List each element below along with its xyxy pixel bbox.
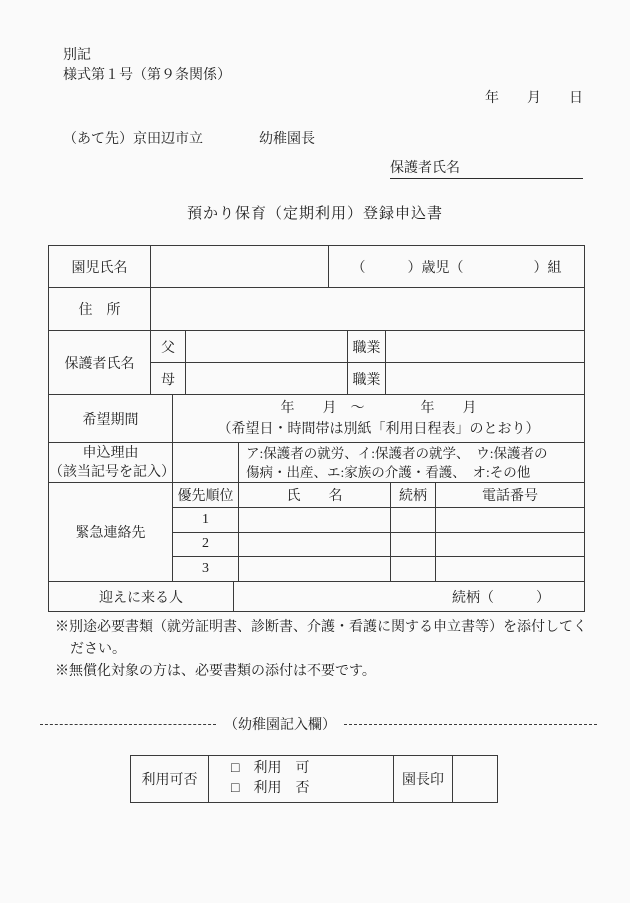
approval-label: 利用可否 — [131, 756, 209, 802]
period-row: 希望期間 年 月 ～ 年 月 （希望日・時間帯は別紙「利用日程表」のとおり） — [49, 395, 584, 443]
address-input-cell[interactable] — [151, 288, 584, 330]
period-line1: 年 月 ～ 年 月 — [281, 398, 477, 419]
contact-2-phone-input-cell[interactable] — [436, 533, 584, 557]
child-name-row: 園児氏名 （ ）歳児（ ）組 — [49, 246, 584, 288]
reason-label-line2: （該当記号を記入） — [49, 463, 172, 482]
emergency-contact-row-1: 1 — [173, 508, 584, 533]
contact-1-name-input-cell[interactable] — [239, 508, 391, 532]
reason-options-cell: ア:保護者の就労、イ:保護者の就学、 ウ:保護者の 傷病・出産、エ:家族の介護・… — [239, 443, 584, 482]
mother-occupation-label: 職業 — [348, 363, 386, 394]
office-use-table: 利用可否 □利用 可 □利用 否 園長印 — [130, 755, 498, 803]
reason-row: 申込理由 （該当記号を記入） ア:保護者の就労、イ:保護者の就学、 ウ:保護者の… — [49, 443, 584, 483]
contact-3-phone-input-cell[interactable] — [436, 557, 584, 581]
father-name-input-cell[interactable] — [186, 331, 348, 362]
father-occupation-input-cell[interactable] — [386, 331, 584, 362]
emergency-rows: 緊急連絡先 優先順位 氏 名 続柄 電話番号 1 2 — [49, 483, 584, 582]
principal-stamp-label: 園長印 — [394, 756, 453, 802]
office-use-label: （幼稚園記入欄） — [216, 714, 344, 734]
period-input-cell[interactable]: 年 月 ～ 年 月 （希望日・時間帯は別紙「利用日程表」のとおり） — [173, 395, 584, 442]
emergency-header-row: 優先順位 氏 名 続柄 電話番号 — [173, 483, 584, 508]
guardian-rows-label: 保護者氏名 — [49, 331, 151, 394]
approval-row: 利用可否 □利用 可 □利用 否 園長印 — [131, 756, 497, 802]
form-marker: 別記 — [63, 44, 91, 64]
note-exemption: ※無償化対象の方は、必要書類の添付は不要です。 — [55, 661, 592, 683]
priority-column-header: 優先順位 — [173, 483, 239, 507]
priority-2: 2 — [173, 533, 239, 557]
checkbox-no-icon[interactable]: □ — [231, 779, 239, 799]
father-occupation-label: 職業 — [348, 331, 386, 362]
emergency-label: 緊急連絡先 — [49, 483, 173, 581]
guardian-name-label: 保護者氏名 — [390, 161, 460, 176]
note-required-documents: ※別途必要書類（就労証明書、診断書、介護・看護に関する申立書等）を添付してくださ… — [55, 617, 592, 661]
divider-dash-right — [344, 724, 597, 725]
mother-row: 母 職業 — [151, 363, 584, 394]
document-title: 預かり保育（定期利用）登録申込書 — [0, 202, 630, 223]
phone-column-header: 電話番号 — [436, 483, 584, 507]
emergency-contact-row-2: 2 — [173, 533, 584, 558]
address-row: 住 所 — [49, 288, 584, 331]
approval-yes-label: 利用 可 — [253, 761, 309, 776]
application-table: 園児氏名 （ ）歳児（ ）組 住 所 保護者氏名 父 職業 母 — [48, 245, 585, 612]
priority-1: 1 — [173, 508, 239, 532]
mother-name-input-cell[interactable] — [186, 363, 348, 394]
name-column-header: 氏 名 — [239, 483, 391, 507]
addressee-line: （あて先）京田辺市立 幼稚園長 — [63, 128, 315, 148]
form-number: 様式第１号（第９条関係） — [63, 64, 231, 84]
approval-no-label: 利用 否 — [253, 781, 309, 796]
contact-1-phone-input-cell[interactable] — [436, 508, 584, 532]
reason-code-input-cell[interactable] — [173, 443, 239, 482]
pickup-row: 迎えに来る人 続柄（ ） — [49, 582, 584, 611]
approval-option-yes[interactable]: □利用 可 — [231, 759, 309, 779]
contact-2-relation-input-cell[interactable] — [391, 533, 436, 557]
period-label: 希望期間 — [49, 395, 173, 442]
relation-column-header: 続柄 — [391, 483, 436, 507]
age-class-cell[interactable]: （ ）歳児（ ）組 — [329, 246, 584, 287]
emergency-contact-row-3: 3 — [173, 557, 584, 581]
approval-option-no[interactable]: □利用 否 — [231, 779, 309, 799]
guardian-name-field[interactable]: 保護者氏名 — [390, 157, 583, 179]
mother-occupation-input-cell[interactable] — [386, 363, 584, 394]
address-label: 住 所 — [49, 288, 151, 330]
child-name-input-cell[interactable] — [151, 246, 329, 287]
guardian-rows: 保護者氏名 父 職業 母 職業 — [49, 331, 584, 395]
pickup-input-cell[interactable]: 続柄（ ） — [234, 582, 584, 611]
office-use-divider: （幼稚園記入欄） — [40, 715, 597, 733]
mother-label: 母 — [151, 363, 186, 394]
father-label: 父 — [151, 331, 186, 362]
father-row: 父 職業 — [151, 331, 584, 363]
contact-3-relation-input-cell[interactable] — [391, 557, 436, 581]
divider-dash-left — [40, 724, 216, 725]
reason-options-line2: 傷病・出産、エ:家族の介護・看護、 オ:その他 — [246, 463, 530, 482]
notes-block: ※別途必要書類（就労証明書、診断書、介護・看護に関する申立書等）を添付してくださ… — [55, 617, 592, 683]
contact-3-name-input-cell[interactable] — [239, 557, 391, 581]
period-line2: （希望日・時間帯は別紙「利用日程表」のとおり） — [218, 419, 540, 440]
reason-label: 申込理由 （該当記号を記入） — [49, 443, 173, 482]
pickup-relation-label: 続柄（ ） — [452, 587, 550, 607]
pickup-label: 迎えに来る人 — [49, 582, 234, 611]
principal-stamp-area[interactable] — [453, 756, 497, 802]
date-line[interactable]: 年 月 日 — [485, 87, 583, 107]
approval-options-cell: □利用 可 □利用 否 — [209, 756, 394, 802]
reason-label-line1: 申込理由 — [83, 444, 139, 463]
child-name-label: 園児氏名 — [49, 246, 151, 287]
checkbox-yes-icon[interactable]: □ — [231, 759, 239, 779]
priority-3: 3 — [173, 557, 239, 581]
reason-options-line1: ア:保護者の就労、イ:保護者の就学、 ウ:保護者の — [246, 444, 548, 463]
contact-1-relation-input-cell[interactable] — [391, 508, 436, 532]
contact-2-name-input-cell[interactable] — [239, 533, 391, 557]
application-form-page: 別記 様式第１号（第９条関係） 年 月 日 （あて先）京田辺市立 幼稚園長 保護… — [0, 0, 630, 903]
